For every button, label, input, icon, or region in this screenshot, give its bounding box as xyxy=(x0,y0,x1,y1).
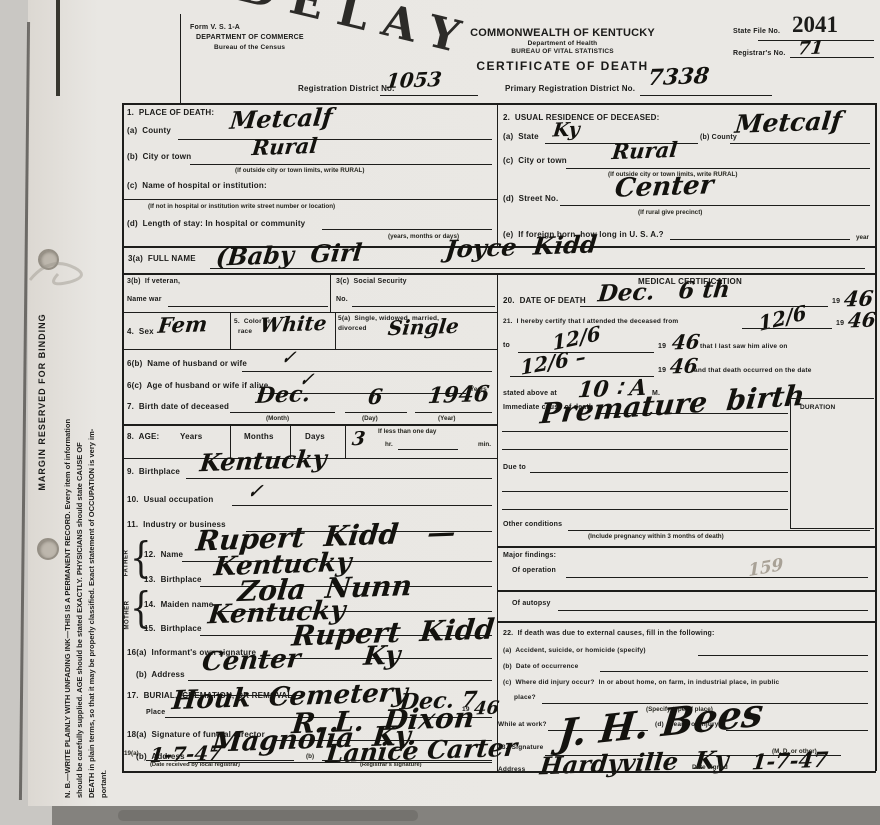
street-no-label: (d) Street No. xyxy=(503,194,558,203)
mother-name-label: 14. Maiden name xyxy=(144,600,213,609)
street-no-value: Center xyxy=(613,170,714,204)
birth-year-value: 1946 xyxy=(427,381,491,409)
length-of-stay-label: (d) Length of stay: In hospital or commu… xyxy=(127,219,305,228)
form-number: Form V. S. 1-A xyxy=(190,24,240,31)
ssn-label: 3(c) Social Security xyxy=(336,278,407,285)
received-cap: (Date received by local registrar) xyxy=(150,762,240,768)
registrar-no-rule xyxy=(790,57,874,58)
nb-line-1: N. B.—WRITE PLAINLY WITH UNFADING INK—TH… xyxy=(62,32,74,798)
external-c-label-2: place? xyxy=(514,694,536,701)
occupation-label: 10. Usual occupation xyxy=(127,495,213,504)
nb-line-2: should be carefully supplied. AGE should… xyxy=(74,32,86,798)
registrar-no-label: Registrar's No. xyxy=(733,50,786,57)
full-name-label: 3(a) FULL NAME xyxy=(128,254,196,263)
father-side-label: FATHER xyxy=(123,550,129,577)
external-c-label-1: (c) Where did injury occur? In or about … xyxy=(503,679,779,686)
birthplace-label: 9. Birthplace xyxy=(127,467,180,476)
state-file-number: 2041 xyxy=(792,12,838,38)
full-name-rule xyxy=(210,268,865,269)
residence-city-value: Rural xyxy=(611,137,679,164)
occurred-label: and that death occurred on the date xyxy=(694,367,812,374)
burial-title-text: 17. BURIAL, xyxy=(127,691,177,700)
ssn-no-label: No. xyxy=(336,296,348,303)
major-findings-label: Major findings: xyxy=(503,552,556,559)
birth-date-label: 7. Birth date of deceased xyxy=(127,402,229,411)
father-birthplace-label: 13. Birthplace xyxy=(144,575,202,584)
received-label: 19(a) xyxy=(124,750,139,757)
city-town-rule xyxy=(190,164,492,165)
name-war-rule xyxy=(168,306,328,307)
birth-month-rule xyxy=(230,412,335,413)
date-of-death-label: 20. DATE OF DEATH xyxy=(503,296,586,305)
age-months-label: Months xyxy=(244,432,274,441)
cause-rule-2 xyxy=(502,449,788,450)
length-of-stay-rule xyxy=(322,229,492,230)
on-year-value: 46 xyxy=(669,353,699,378)
column-divider-lower xyxy=(497,273,498,771)
veteran-divider xyxy=(330,273,331,312)
from-year-value: 46 xyxy=(847,307,877,332)
primary-district-rule xyxy=(640,95,772,96)
registrar-sig-cap: (Registrar's signature) xyxy=(360,762,422,768)
external-a-rule xyxy=(698,655,868,656)
street-no-rule xyxy=(560,205,870,206)
place-of-death-title: 1. PLACE OF DEATH: xyxy=(127,108,214,117)
findings-mid-rule xyxy=(497,590,875,592)
occupation-rule xyxy=(232,505,492,506)
county-rule xyxy=(178,139,492,140)
foreign-born-rule xyxy=(670,239,850,240)
birth-year-cap: (Year) xyxy=(438,415,456,422)
from-19: 19 xyxy=(836,320,844,327)
city-town-note: (If outside city or town limits, write R… xyxy=(235,167,364,174)
dod-19: 19 xyxy=(832,298,840,305)
dept-commerce: DEPARTMENT OF COMMERCE xyxy=(196,34,304,41)
age-years-label: Years xyxy=(180,432,202,441)
physician-addr-label: Address xyxy=(498,766,525,773)
age-hr-rule xyxy=(398,449,458,450)
foreign-born-unit: year xyxy=(856,234,869,241)
cause-rule-1 xyxy=(502,431,788,432)
bureau-census: Bureau of the Census xyxy=(214,44,285,51)
race-label-2: race xyxy=(238,328,252,335)
date-of-death-value: Dec. 6 th xyxy=(597,276,732,308)
residence-county-label: (b) County xyxy=(700,134,737,141)
frame-right-rule xyxy=(875,103,877,771)
city-town-label: (b) City or town xyxy=(127,152,191,161)
header-left-rule xyxy=(180,14,181,103)
informant-addr-label: (b) Address xyxy=(136,670,185,679)
hospital-rule xyxy=(122,199,497,200)
duration-label: DURATION xyxy=(800,404,835,411)
external-title: 22. If death was due to external causes,… xyxy=(503,630,715,637)
certify-from-rule xyxy=(742,328,832,329)
sex-value: Fem xyxy=(157,311,209,338)
residence-county-value: Metcalf xyxy=(734,106,844,139)
ssn-rule xyxy=(352,306,495,307)
veteran-label: 3(b) If veteran, xyxy=(127,278,180,285)
fold-mark xyxy=(56,0,60,96)
external-a-label: (a) Accident, suicide, or homicide (spec… xyxy=(503,647,646,654)
bureau-vital-statistics: BUREAU OF VITAL STATISTICS xyxy=(420,48,705,55)
margin-nb-note: N. B.—WRITE PLAINLY WITH UNFADING INK—TH… xyxy=(62,32,110,798)
birth-day-rule xyxy=(345,412,407,413)
lastsaw-label: that I last saw him alive on xyxy=(700,343,788,350)
date-signed-label: Date signed xyxy=(692,764,728,771)
primary-district-value: 7338 xyxy=(647,63,711,91)
of-operation-label: Of operation xyxy=(512,567,556,574)
registrar-sig-prefix: (b) xyxy=(306,753,314,760)
date-signed-value: 1-7-47 xyxy=(751,747,829,775)
age-divider-3 xyxy=(345,424,346,458)
to-year-value: 46 xyxy=(671,329,701,354)
duration-box-bottom xyxy=(790,528,874,529)
other-conditions-rule xyxy=(568,530,870,531)
age-days-label: Days xyxy=(305,432,325,441)
to-label: to xyxy=(503,342,510,349)
nb-line-4: portant. xyxy=(98,32,110,798)
birthplace-rule xyxy=(186,478,492,479)
received-rule xyxy=(146,760,294,761)
street-no-note: (If rural give precinct) xyxy=(638,209,702,216)
name-war-label: Name war xyxy=(127,296,162,303)
while-at-work-label: While at work? xyxy=(498,721,547,728)
marital-value: Single xyxy=(387,314,460,341)
husband-wife-rule xyxy=(242,371,492,372)
column-divider-upper xyxy=(497,103,498,246)
due-rule-1 xyxy=(502,491,788,492)
husband-wife-label: 6(b) Name of husband or wife xyxy=(127,359,247,368)
margin-binding-note: MARGIN RESERVED FOR BINDING xyxy=(37,313,47,490)
registration-district-label: Registration District No. xyxy=(298,84,395,93)
duration-box-left xyxy=(790,398,791,528)
age-row-top-rule xyxy=(122,424,497,426)
county-label: (a) County xyxy=(127,126,171,135)
birth-year-rule xyxy=(415,412,492,413)
of-autopsy-rule xyxy=(558,610,868,611)
city-town-value: Rural xyxy=(251,133,319,160)
burial-place-label: Place xyxy=(146,709,165,716)
age-less-label: If less than one day xyxy=(378,428,436,435)
hospital-label: (c) Name of hospital or institution: xyxy=(127,181,267,190)
findings-top-rule xyxy=(497,546,875,548)
birth-month-cap: (Month) xyxy=(266,415,289,422)
birth-day-cap: (Day) xyxy=(362,415,378,422)
of-autopsy-label: Of autopsy xyxy=(512,600,551,607)
other-conditions-label: Other conditions xyxy=(503,521,562,528)
birth-day-value: 6 xyxy=(367,384,384,410)
due-to-label: Due to xyxy=(503,464,526,471)
county-value: Metcalf xyxy=(229,102,335,135)
physician-addr-rule xyxy=(528,772,872,773)
residence-state-value: Ky xyxy=(552,118,581,141)
demog-row-rule xyxy=(122,349,497,350)
residence-state-label: (a) State xyxy=(503,132,539,141)
of-operation-rule xyxy=(566,577,868,578)
registrar-sig-rule xyxy=(322,760,492,761)
physician-sig-label: 23. Signature xyxy=(498,744,543,751)
punch-hole-bottom xyxy=(37,538,59,560)
on-19: 19 xyxy=(658,367,666,374)
external-top-rule xyxy=(497,621,875,623)
sex-race-divider xyxy=(230,312,231,349)
due-to-rule xyxy=(530,472,788,473)
other-conditions-note: (Include pregnancy within 3 months of de… xyxy=(588,533,724,540)
duration-box-top xyxy=(790,398,874,399)
registration-district-value: 1053 xyxy=(385,67,443,93)
state-file-label: State File No. xyxy=(733,28,780,35)
father-name-label: 12. Name xyxy=(144,550,183,559)
scanned-death-certificate: MARGIN RESERVED FOR BINDING N. B.—WRITE … xyxy=(0,0,880,825)
marital-label-2: divorced xyxy=(338,325,367,332)
race-marital-divider xyxy=(335,312,336,349)
to-19: 19 xyxy=(658,343,666,350)
external-b-label: (b) Date of occurrence xyxy=(503,663,578,670)
due-rule-2 xyxy=(502,509,788,510)
residence-city-rule xyxy=(566,168,870,169)
spouse-age-label: 6(c) Age of husband or wife if alive xyxy=(127,381,268,390)
birthplace-value: Kentucky xyxy=(199,444,329,478)
birth-month-value: Dec. xyxy=(255,381,312,409)
age-hr-label: hr. xyxy=(385,441,393,448)
frame-left-rule xyxy=(122,103,124,771)
nb-line-3: DEATH in plain terms, so that it may be … xyxy=(86,32,98,798)
scan-bottom-shadow xyxy=(118,810,418,821)
mother-birthplace-label: 15. Birthplace xyxy=(144,624,202,633)
dept-health: Department of Health xyxy=(420,40,705,47)
name-row-bottom-rule xyxy=(122,273,876,275)
residence-county-rule xyxy=(730,143,870,144)
age-days-value: 3 xyxy=(351,428,367,451)
age-label: 8. AGE: xyxy=(127,432,159,441)
external-b-rule xyxy=(600,671,868,672)
residence-city-label: (c) City or town xyxy=(503,156,567,165)
sex-label: 4. Sex xyxy=(127,327,154,336)
commonwealth-title: COMMONWEALTH OF KENTUCKY xyxy=(420,27,705,39)
age-min-label: min. xyxy=(478,441,491,448)
race-value: White xyxy=(259,311,328,337)
primary-district-label: Primary Registration District No. xyxy=(505,84,635,93)
registration-district-rule xyxy=(380,95,478,96)
hospital-note: (If not in hospital or institution write… xyxy=(148,203,335,210)
